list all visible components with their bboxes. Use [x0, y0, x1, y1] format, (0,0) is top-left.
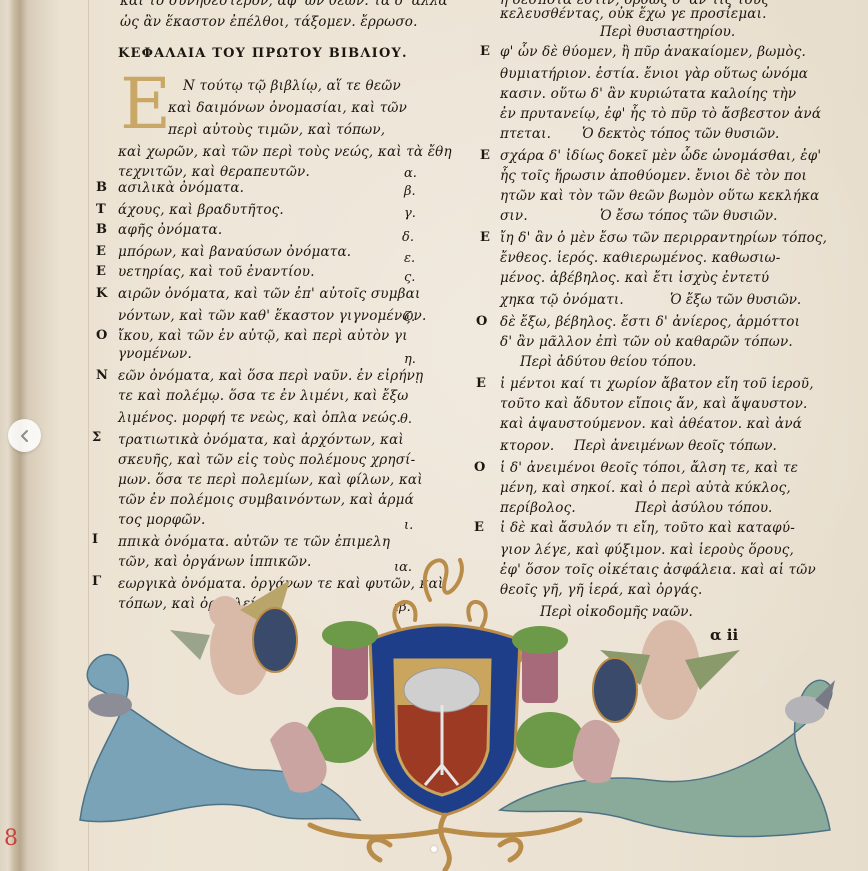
entry-number: ε. [404, 251, 415, 266]
left-cameo-medallion [253, 608, 297, 672]
text-line: μπόρων, καὶ βαναύσων ὀνόματα. [118, 244, 351, 260]
entry-marker: Ε [474, 520, 484, 535]
entry-marker: Σ [92, 430, 101, 445]
text-line: τῶν ἐν πολέμοις συμβαινόντων, καὶ ἁρμά [118, 492, 414, 508]
carousel-previous-button[interactable] [8, 419, 41, 452]
text-line: σχάρα δ' ἰδίως δοκεῖ μὲν ὧδε ὠνομάσθαι, … [500, 148, 821, 164]
entry-marker: Ε [480, 230, 490, 245]
entry-number: ς. [404, 270, 415, 285]
text-line: κτορον. [500, 438, 554, 454]
text-line: περὶ αὐτοὺς τιμῶν, καὶ τόπων, [168, 122, 385, 138]
entry-number: ζ. [404, 310, 415, 325]
entry-marker: Β [96, 222, 107, 237]
entry-marker: Β [96, 180, 107, 195]
entry-marker: Ε [476, 376, 486, 391]
left-putto [170, 580, 297, 695]
text-line: τε καὶ πολέμῳ. ὅσα τε ἐν λιμένι, καὶ ἔξω [118, 388, 408, 404]
text-line: ητῶν καὶ τὸν τῶν θεῶν βωμὸν οὕτω κεκλήκα [500, 188, 819, 204]
text-line: μένος. ἀβέβηλος. καὶ ἔτι ἰσχὺς ἐντετύ [500, 270, 769, 286]
entry-number: η. [404, 352, 416, 367]
entry-marker: Ε [96, 264, 106, 279]
text-line: ἴκου, καὶ τῶν ἐν αὐτῷ, καὶ περὶ αὐτὸν γι [118, 328, 408, 344]
text-line: καὶ τὸ συνηθέστερον, ἀφ' ὧν θεῶν. τὰ δ' … [120, 0, 448, 9]
text-line: ἱ δ' ἀνειμένοι θεοῖς τόποι, ἄλση τε, καὶ… [500, 460, 798, 476]
text-line: πτεται. [500, 126, 551, 142]
entry-number: δ. [402, 230, 414, 245]
text-line: μένη, καὶ σηκοί. καὶ ὁ περὶ αὐτὰ κύκλος, [500, 480, 791, 496]
text-line: φ' ὧν δὲ θύομεν, ἢ πῦρ ἀνακαίομεν, βωμὸς… [500, 44, 806, 60]
right-cameo-medallion [593, 658, 637, 722]
text-line: ἐν πρυτανείῳ, ἐφ' ἧς τὸ πῦρ τὸ ἄσβεστον … [500, 106, 821, 122]
entry-marker: Ε [480, 44, 490, 59]
text-line: δὲ ἔξω, βέβηλος. ἔστι δ' ἀνίερος, ἁρμόττ… [500, 314, 800, 330]
text-line: δ' ἂν μᾶλλον ἐπὶ τῶν οὐ καθαρῶν τόπων. [500, 334, 793, 350]
text-line: υετηρίας, καὶ τοῦ ἐναντίου. [118, 264, 315, 280]
carousel-dot-active[interactable] [431, 846, 437, 852]
section-subtitle: Περὶ ἀσύλου τόπου. [635, 500, 772, 516]
left-foliage-top [322, 621, 378, 649]
text-line: γνομένων. [118, 346, 192, 362]
text-line: τρατιωτικὰ ὀνόματα, καὶ ἀρχόντων, καὶ [118, 432, 404, 448]
text-line: περίβολος. [500, 500, 576, 516]
text-line: μων. ὅσα τε περὶ πολεμίων, καὶ φίλων, κα… [118, 472, 423, 488]
entry-marker: Ε [96, 244, 106, 259]
image-viewer: 8 καὶ τὸ συνηθέστερον, ἀφ' ὧν θεῶν. τὰ δ… [0, 0, 868, 871]
entry-number: ι. [404, 518, 413, 533]
text-line: τος μορφῶν. [118, 512, 205, 528]
entry-marker: Τ [96, 202, 106, 217]
text-line: ἰ μέντοι καί τι χωρίον ἄβατον εἴη τοῦ ἱε… [500, 376, 814, 392]
right-foliage-top [512, 626, 568, 654]
text-line: σκευῆς, καὶ τῶν εἰς τοὺς πολέμους χρησί- [118, 452, 415, 468]
entry-marker: Ν [96, 368, 108, 383]
text-line: τεχνιτῶν, καὶ θεραπευτῶν. [118, 164, 310, 180]
entry-number: α. [404, 166, 417, 181]
carousel-pagination [0, 846, 868, 852]
text-line: αφῆς ὀνόματα. [118, 222, 222, 238]
entry-marker: Κ [96, 286, 107, 301]
entry-marker: Ο [474, 460, 485, 475]
text-line: ασιλικὰ ὀνόματα. [118, 180, 244, 196]
text-line: κελευσθέντας, οὐκ ἔχω γε προσίεμαι. [500, 6, 767, 22]
entry-number: β. [404, 184, 416, 199]
text-line: κασιν. οὕτω δ' ἂν κυριώτατα καλοίης τὴν [500, 86, 796, 102]
text-line: καὶ δαιμόνων ὀνομασίαι, καὶ τῶν [168, 100, 407, 116]
text-line: καὶ ἀψαυστούμενον. καὶ ἀθέατον. καὶ ἀνά [500, 416, 802, 432]
text-line: ἰ δὲ καὶ ἄσυλόν τι εἴη, τοῦτο καὶ καταφύ… [500, 520, 795, 536]
text-line: εῶν ὀνόματα, καὶ ὅσα περὶ ναῦν. ἐν εἰρήν… [118, 368, 423, 384]
text-line: καὶ χωρῶν, καὶ τῶν περὶ τοὺς νεώς, καὶ τ… [118, 144, 452, 160]
gold-stems [310, 815, 580, 870]
text-line: νόντων, καὶ τῶν καθ' ἕκαστον γιγνομένων. [118, 308, 426, 324]
text-line: λιμένος. μορφή τε νεὼς, καὶ ὁπλα νεώς. [118, 410, 401, 426]
text-line: ἔνθεος. ἱερός. καθιερωμένος. καθωσιω- [500, 250, 781, 266]
chevron-left-icon [18, 429, 32, 443]
text-line: ἴη δ' ἂν ὁ μὲν ἔσω τῶν περιρραντηρίων τό… [500, 230, 827, 246]
entry-number: θ. [400, 412, 412, 427]
section-subtitle: Ὁ δεκτὸς τόπος τῶν θυσιῶν. [582, 126, 779, 142]
text-line: άχους, καὶ βραδυτῆτος. [118, 202, 284, 218]
text-line: ἧς τοῖς ἥρωσιν ἀποθύομεν. ἔνιοι δὲ τὸν π… [500, 168, 807, 184]
illuminated-border [60, 540, 860, 871]
decorated-initial-letter: Ε [120, 70, 162, 138]
section-title: Περὶ ἀδύτου θείου τόπου. [520, 354, 696, 370]
text-line: Ν τούτῳ τῷ βιβλίῳ, αἵ τε θεῶν [183, 78, 401, 94]
right-putto [593, 620, 740, 722]
text-line: χηκα τῷ ὀνόματι. [500, 292, 624, 308]
text-line: θυμιατήριον. ἑστία. ἔνιοι γὰρ οὕτως ὠνόμ… [500, 66, 808, 82]
section-subtitle: Ὁ ἔσω τόπος τῶν θυσιῶν. [600, 208, 777, 224]
entry-marker: Ο [476, 314, 487, 329]
entry-marker: Ε [480, 148, 490, 163]
rabbit [88, 693, 132, 717]
section-title: Περὶ θυσιαστηρίου. [600, 24, 735, 40]
section-subtitle: Περὶ ἀνειμένων θεοῖς τόπων. [574, 438, 777, 454]
text-line: ὡς ἂν ἕκαστον ἐπέλθοι, τάξομεν. ἔρρωσο. [120, 14, 418, 30]
text-line: σιν. [500, 208, 528, 224]
text-line: τοῦτο καὶ ἄδυτον εἴποις ἄν, καὶ ἄψαυστον… [500, 396, 807, 412]
entry-marker: Ο [96, 328, 107, 343]
text-line: αιρῶν ὀνόματα, καὶ τῶν ἐπ' αὐτοῖς συμβαι [118, 286, 421, 302]
section-subtitle: Ὁ ἔξω τῶν θυσιῶν. [670, 292, 801, 308]
entry-number: γ. [404, 206, 416, 221]
chapter-heading: ΚΕΦΑΛΑΙΑ ΤΟΥ ΠΡΩΤΟΥ ΒΙΒΛΙΟΥ. [118, 46, 408, 61]
